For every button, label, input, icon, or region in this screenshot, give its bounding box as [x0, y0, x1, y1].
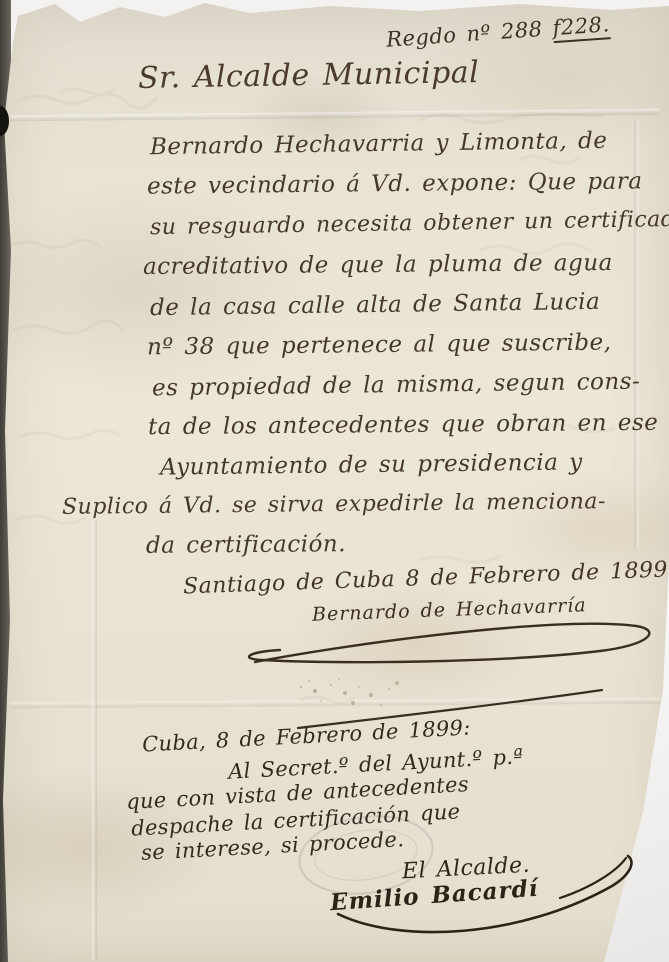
petition-line: da certificación.: [146, 533, 346, 558]
petition-line: Ayuntamiento de su presidencia y: [160, 451, 583, 479]
petition-line: de la casa calle alta de Santa Lucia: [150, 291, 601, 320]
petition-line: ta de los antecedentes que obran en ese: [148, 412, 659, 439]
petition-line: nº 38 que pertenece al que suscribe,: [147, 332, 612, 360]
petition-line: este vecindario á Vd. expone: Que para: [147, 170, 643, 198]
document-heading: Sr. Alcalde Municipal: [138, 55, 480, 96]
registry-folio: f228.: [552, 12, 611, 43]
petition-line-with-margin-word: Suplico á Vd. se sirva expedirle la menc…: [62, 491, 606, 519]
photograph-of-document: { "colors": { "paper": "#e8e2d3", "ink_p…: [0, 0, 669, 962]
ink-speckles: [300, 686, 302, 688]
petition-line: acreditativo de que la pluma de agua: [143, 252, 613, 279]
